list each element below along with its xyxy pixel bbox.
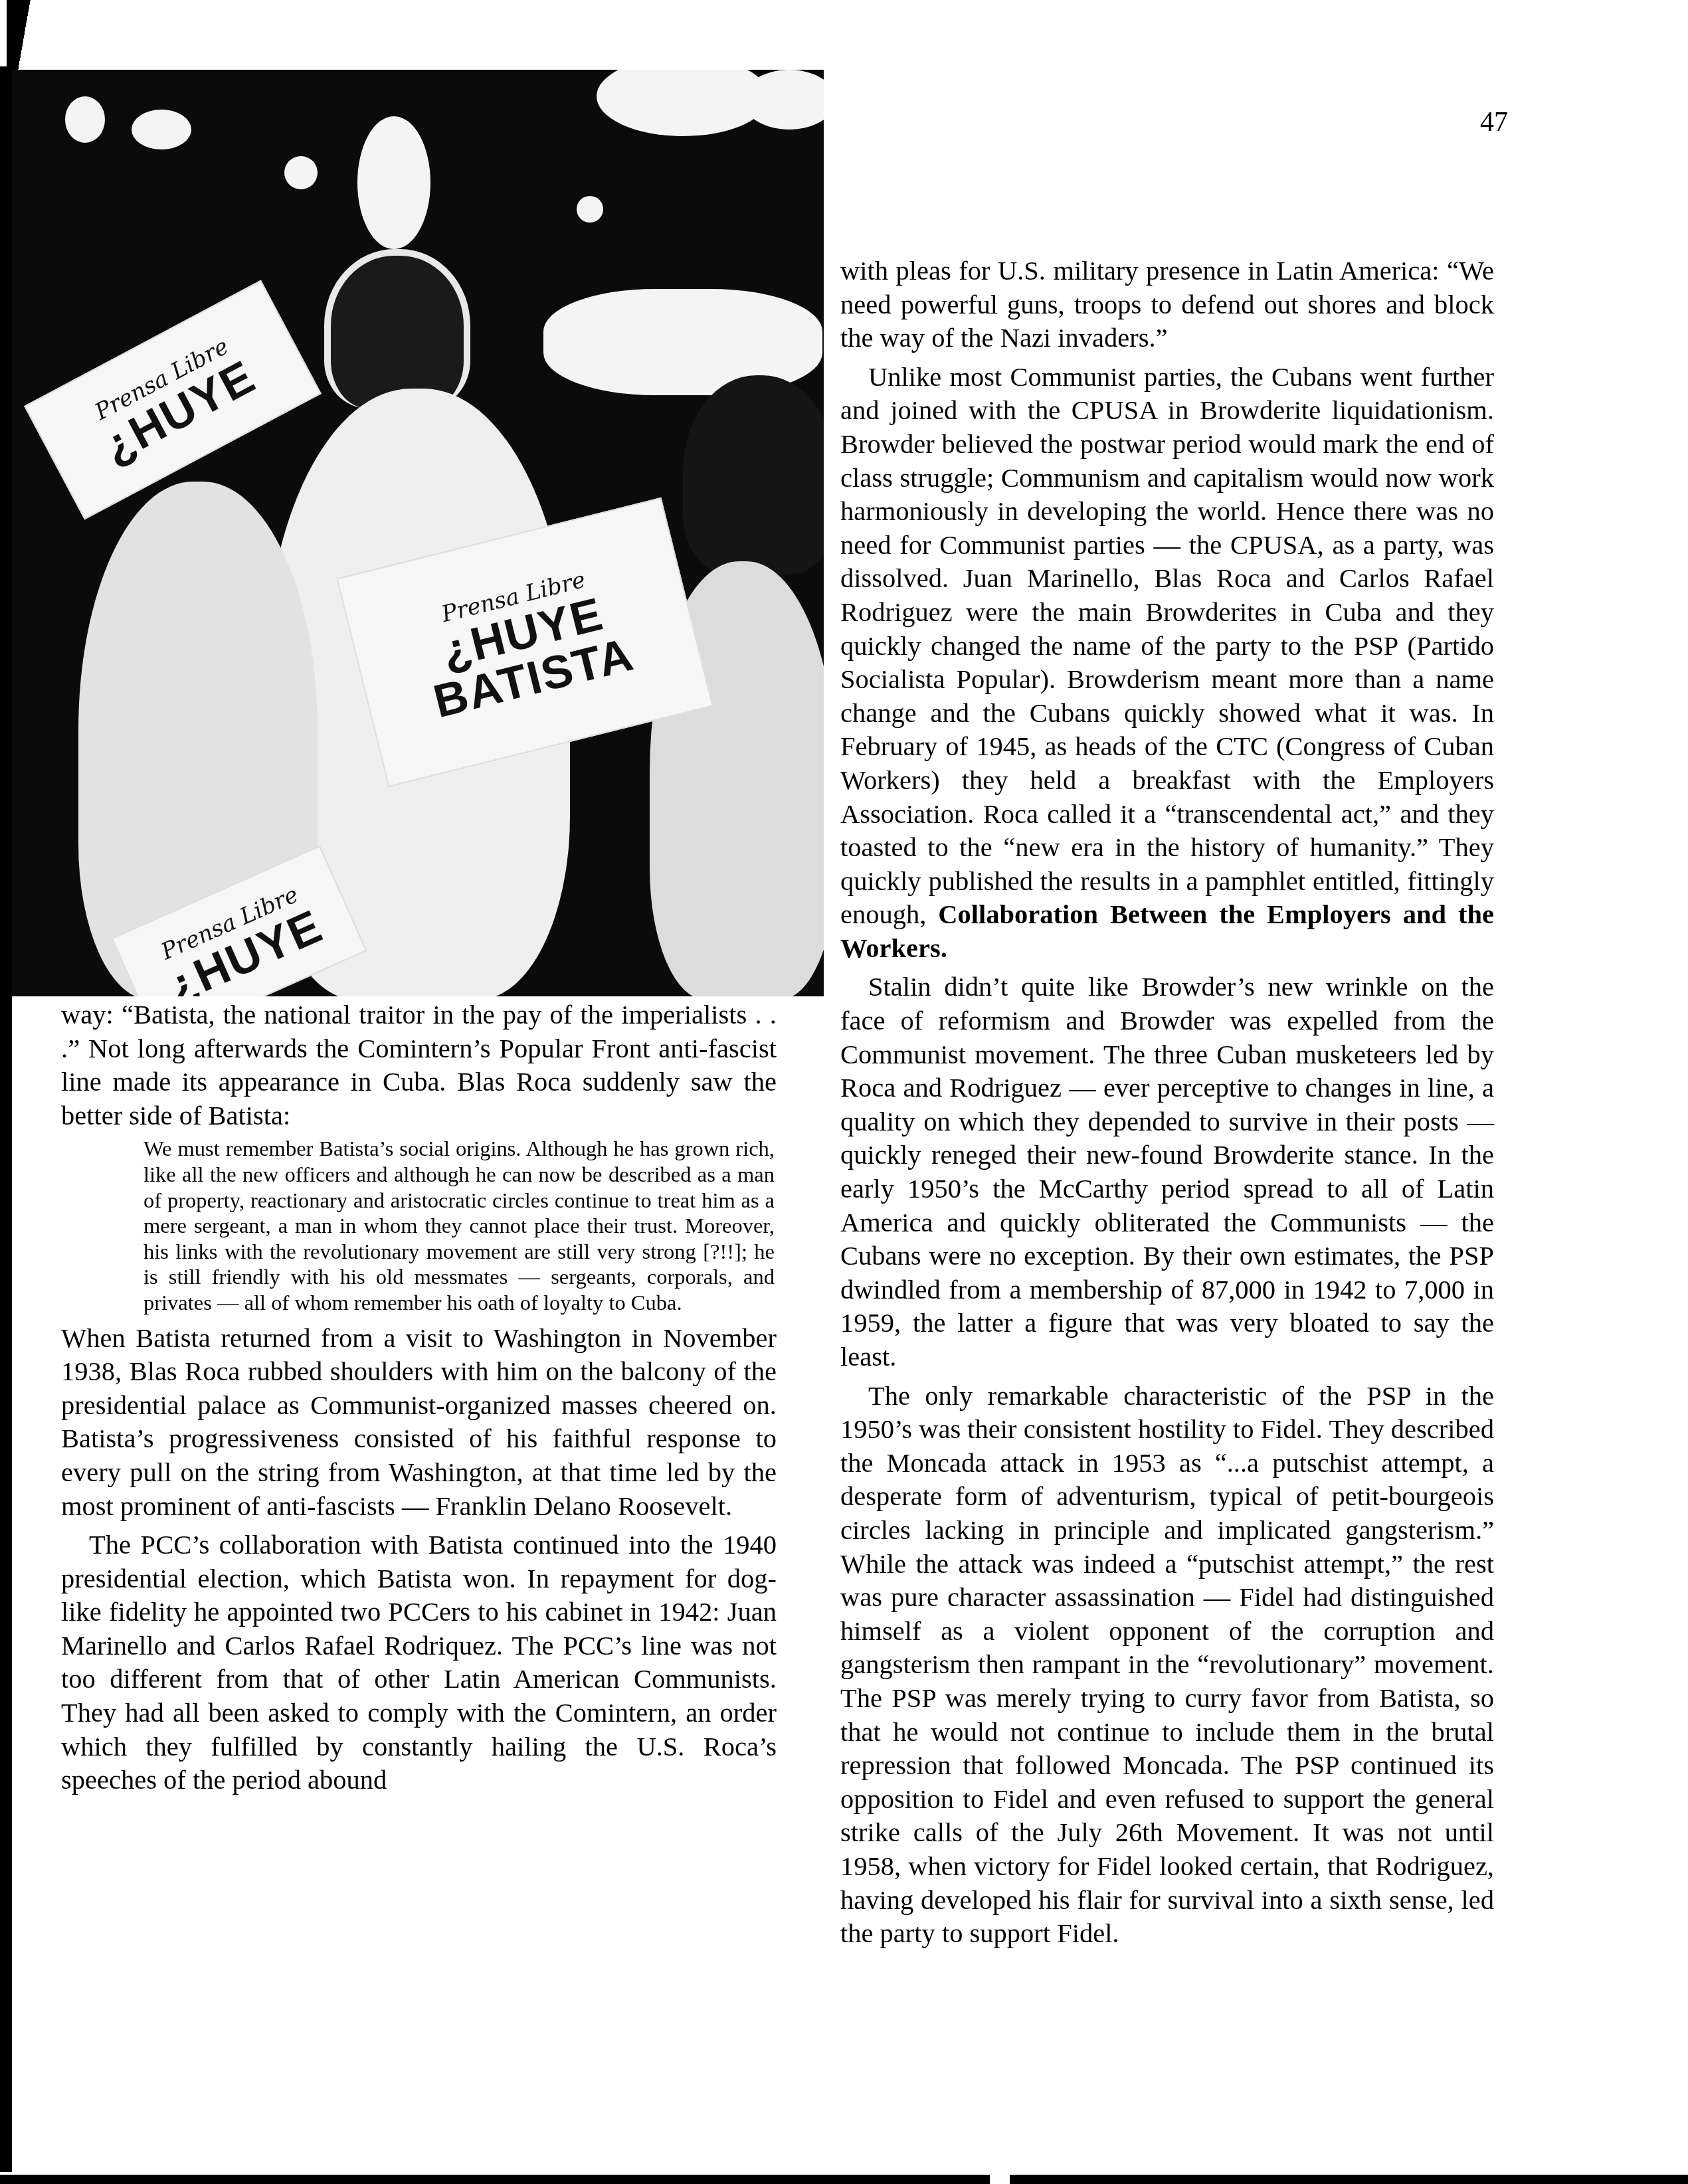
photo-highlight: [284, 156, 318, 189]
page-number: 47: [1480, 106, 1508, 138]
scan-edge-shadow: [7, 0, 53, 73]
pamphlet-title: Collaboration Between the Employers and …: [840, 899, 1494, 963]
scan-edge-shadow: [0, 66, 12, 2172]
photo-highlight: [132, 110, 191, 149]
paragraph: Stalin didn’t quite like Browder’s new w…: [840, 970, 1494, 1374]
paragraph: way: “Batista, the national traitor in t…: [61, 998, 777, 1133]
paragraph: Unlike most Communist parties, the Cuban…: [840, 361, 1494, 966]
left-column: way: “Batista, the national traitor in t…: [61, 998, 777, 1797]
paragraph: The only remarkable characteristic of th…: [840, 1380, 1494, 1951]
photo-vendor-head: [324, 249, 470, 409]
newspaper-sign: Prensa Libre ¿HUYE: [24, 280, 322, 520]
photo-highlight: [577, 196, 603, 223]
photo-newspaper-vendors: Prensa Libre ¿HUYE Prensa Libre ¿HUYE BA…: [12, 70, 824, 996]
photo-highlight: [65, 96, 105, 143]
blockquote: We must remember Batista’s social origin…: [143, 1137, 775, 1316]
paragraph-text: Unlike most Communist parties, the Cuban…: [840, 362, 1494, 930]
scan-edge-gap: [990, 2175, 1010, 2184]
scan-edge-shadow: [0, 2175, 1688, 2184]
photo-highlight: [357, 116, 430, 249]
paragraph: When Batista returned from a visit to Wa…: [61, 1322, 777, 1524]
paragraph: with pleas for U.S. military presence in…: [840, 254, 1494, 355]
paragraph: The PCC’s collaboration with Batista con…: [61, 1528, 777, 1797]
photo-boy-head: [683, 375, 824, 575]
photo-highlight: [743, 70, 824, 130]
right-column: with pleas for U.S. military presence in…: [840, 254, 1494, 1951]
